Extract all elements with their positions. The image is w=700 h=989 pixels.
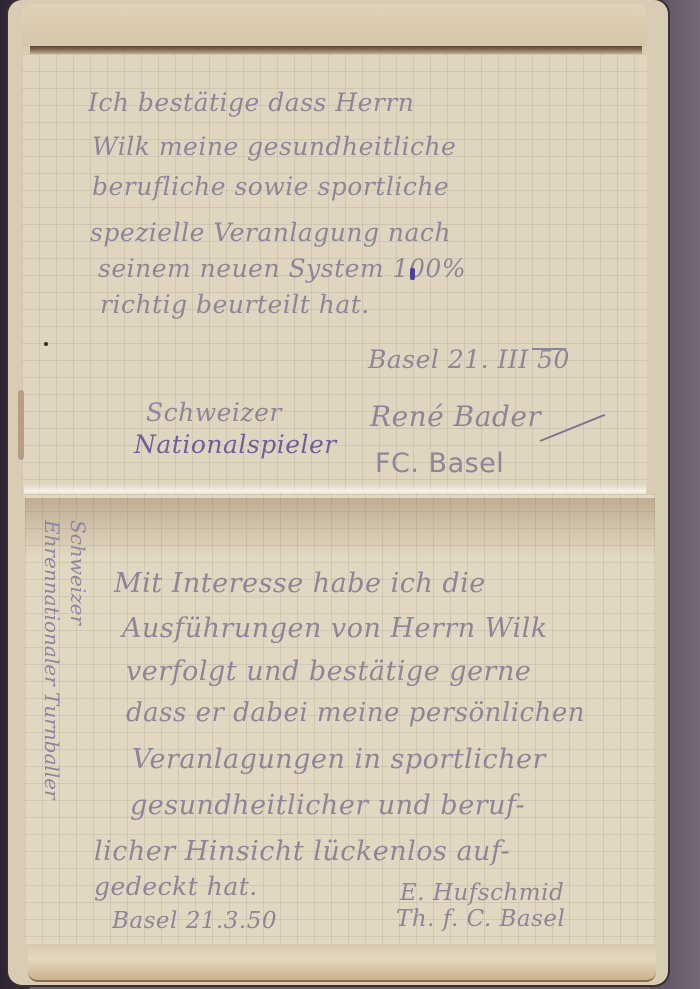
top-line-1: Ich bestätige dass Herrn: [88, 88, 414, 117]
top-signature-name: René Bader: [370, 400, 541, 433]
notebook-binding-band: [30, 46, 642, 54]
margin-note-line-2: Ehrennationaler Turnballer: [40, 520, 64, 800]
spine-stain: [18, 390, 24, 460]
bottom-line-1: Mit Interesse habe ich die: [114, 568, 486, 599]
bottom-line-2: Ausführungen von Herrn Wilk: [122, 613, 548, 644]
notebook-bottom-edge: [28, 944, 656, 982]
top-line-4: spezielle Veranlagung nach: [90, 218, 451, 247]
bottom-line-6: gesundheitlicher und beruf-: [130, 790, 525, 821]
bottom-line-5: Veranlagungen in sportlicher: [132, 744, 546, 775]
ink-mark: [410, 268, 415, 280]
bottom-line-7: licher Hinsicht lückenlos auf-: [94, 836, 510, 867]
bottom-line-3: verfolgt und bestätige gerne: [126, 656, 531, 687]
top-line-3: berufliche sowie sportliche: [92, 172, 449, 201]
signature-title-1: Schweizer: [146, 398, 282, 427]
top-signature-club: FC. Basel: [375, 448, 504, 479]
bottom-line-4: dass er dabei meine persönlichen: [126, 698, 585, 728]
page-fold-shadow: [25, 498, 655, 558]
bottom-line-8: gedeckt hat.: [94, 872, 258, 901]
bottom-place-date: Basel 21.3.50: [112, 908, 277, 934]
notebook-top-edge: [22, 4, 647, 46]
date-overline: [532, 348, 566, 350]
bottom-signature-name: E. Hufschmid: [400, 880, 564, 906]
signature-title-2: Nationalspieler: [134, 430, 337, 459]
paper-spot: [44, 342, 48, 346]
bottom-signature-club: Th. f. C. Basel: [396, 906, 565, 932]
top-line-6: richtig beurteilt hat.: [100, 290, 370, 319]
top-line-2: Wilk meine gesundheitliche: [92, 132, 456, 161]
margin-note-line-1: Schweizer: [66, 520, 90, 625]
